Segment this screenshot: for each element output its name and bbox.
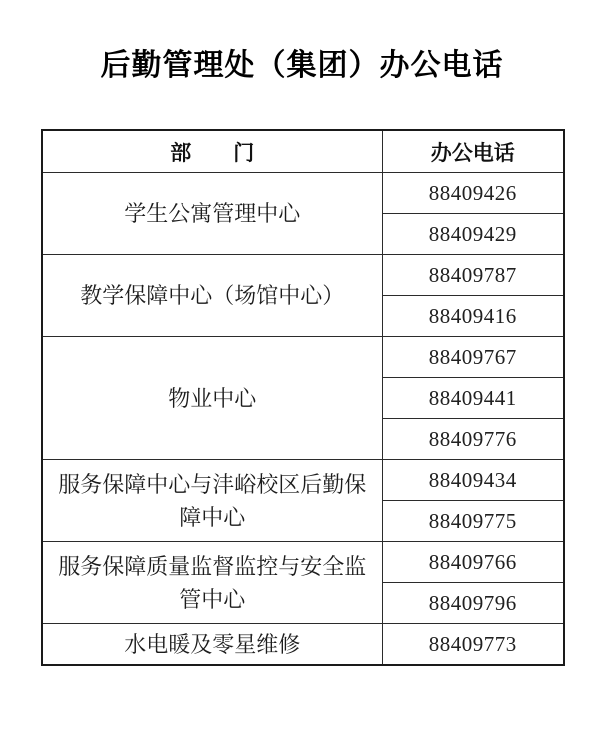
department-cell-0: 学生公寓管理中心: [42, 173, 382, 255]
table-header-department: 部 门: [42, 130, 382, 173]
phone-cell-1-1: 88409416: [382, 296, 564, 337]
phone-cell-4-0: 88409766: [382, 542, 564, 583]
phone-cell-5-0: 88409773: [382, 624, 564, 666]
table-row: 水电暖及零星维修 88409773: [42, 624, 564, 666]
phone-cell-2-1: 88409441: [382, 378, 564, 419]
table-row: 物业中心 88409767: [42, 337, 564, 378]
department-cell-5: 水电暖及零星维修: [42, 624, 382, 666]
phone-cell-0-0: 88409426: [382, 173, 564, 214]
phone-cell-3-0: 88409434: [382, 460, 564, 501]
phone-cell-4-1: 88409796: [382, 583, 564, 624]
table-row: 服务保障质量监督监控与安全监管中心 88409766: [42, 542, 564, 583]
phone-cell-3-1: 88409775: [382, 501, 564, 542]
department-cell-3: 服务保障中心与沣峪校区后勤保障中心: [42, 460, 382, 542]
phone-cell-0-1: 88409429: [382, 214, 564, 255]
page-title: 后勤管理处（集团）办公电话: [0, 0, 604, 85]
table-row: 学生公寓管理中心 88409426: [42, 173, 564, 214]
table-row: 教学保障中心（场馆中心） 88409787: [42, 255, 564, 296]
department-cell-4: 服务保障质量监督监控与安全监管中心: [42, 542, 382, 624]
document-page: 后勤管理处（集团）办公电话 部 门 办公电话 学生公寓管理中心 88409426…: [0, 0, 604, 730]
phone-cell-1-0: 88409787: [382, 255, 564, 296]
phone-table: 部 门 办公电话 学生公寓管理中心 88409426 88409429 教学保障…: [41, 129, 565, 666]
table-header-phone: 办公电话: [382, 130, 564, 173]
table-header-row: 部 门 办公电话: [42, 130, 564, 173]
department-cell-1: 教学保障中心（场馆中心）: [42, 255, 382, 337]
department-cell-2: 物业中心: [42, 337, 382, 460]
phone-cell-2-0: 88409767: [382, 337, 564, 378]
table-row: 服务保障中心与沣峪校区后勤保障中心 88409434: [42, 460, 564, 501]
phone-cell-2-2: 88409776: [382, 419, 564, 460]
